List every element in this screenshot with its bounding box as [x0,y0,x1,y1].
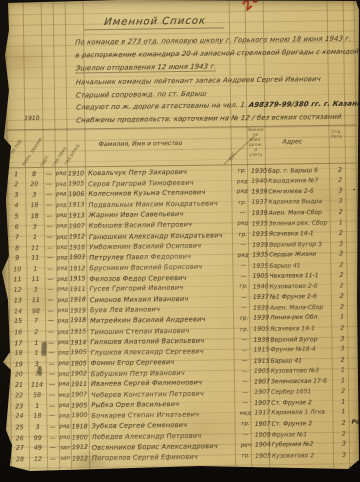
cell-vus: — [237,379,253,385]
cell-year: 1907 [253,400,271,407]
cell-dash: — [46,371,58,378]
cell-number: 22 [10,392,28,399]
cell-number: 25 [11,424,29,431]
header-col-duty: Звание по воен. долж. и учету [246,128,264,158]
cell-birth-year: 1911 [70,381,88,388]
cell-address: Бар. г. Барыш 6 [268,167,332,175]
cell-vus: гр. [236,316,252,322]
cell-vus: реч [238,442,254,448]
header-col-duty-line: по воен. [246,133,264,143]
cell-category: ряд [55,171,67,177]
cell-rank-code: 3 [26,223,44,230]
cell-number: 2 [7,181,25,188]
cell-full-name: Ганюшкин Александр Кондратьевич [86,231,235,241]
cell-vus: — [236,337,252,343]
cell-category: ряд [58,413,70,419]
cell-address: Губерния №2 [272,441,336,449]
cell-year: 1939 [252,315,270,322]
cell-address: Кузоватово 2-6 [270,282,334,290]
cell-unit-count: 1 [335,377,351,384]
cell-full-name: Погорелов Сергей Ефимович [89,452,238,462]
cell-vus: гр. [238,453,254,459]
cell-unit-count: 2 [334,325,350,332]
cell-address: Фрунзе №1 [272,430,336,438]
cell-rank-code: 1 [28,403,46,410]
cell-unit-count: 3 [336,451,352,458]
cell-birth-year: 1915 [69,328,87,335]
cell-number: 20 [10,371,28,378]
cell-dash: — [47,455,59,462]
cell-category: ряд [57,340,69,346]
cell-dash: — [47,444,59,451]
cell-birth-year: 1919 [69,307,87,314]
cell-dash: — [44,265,56,272]
cell-number: 11 [8,276,26,283]
cell-number: 3 [7,192,25,199]
cell-year: 1905 [253,368,271,375]
cell-rank-code: 20 [25,181,43,188]
cell-year: 1915 [252,346,270,353]
cell-rank-code: 1 [26,234,44,241]
cell-number: 17 [9,340,27,347]
cell-birth-year: 1903 [68,254,86,261]
cell-category: ряд [56,255,68,261]
cell-dash: — [46,360,58,367]
cell-number: 12 [9,287,27,294]
cell-rank-code: 12 [29,455,47,462]
cell-year: 1940 [252,283,270,290]
cell-unit-count: 2 [333,261,349,268]
cell-address: Чекалевка 11-1 [269,272,333,280]
cell-unit-count: 2 [333,230,349,237]
cell-address: Анен. Мала-Сбор [269,209,333,217]
cell-birth-year: 1907 [68,222,86,229]
cell-dash: — [45,318,57,325]
ink-smudge [41,342,47,356]
cell-birth-year: 1912 [68,265,86,272]
cell-year: 1939 [251,241,269,248]
cell-dash: — [44,223,56,230]
cell-birth-year: 1915 [68,276,86,283]
cell-unit-count: 3 [334,345,350,352]
cell-vus: гр. [234,200,250,206]
cell-dash: — [44,276,56,283]
cell-vus: ряд [234,179,250,185]
cell-category: ряд [59,435,71,441]
cell-category: зап [59,456,71,462]
cell-vus: — [235,263,251,269]
cell-dash: — [46,349,58,356]
cell-number: 24 [10,413,28,420]
cell-rank-code: 58 [28,392,46,399]
cell-rank-code: 98 [27,308,45,315]
cell-unit-count: 2 [336,420,352,427]
cell-category: ряд [56,266,68,272]
cell-vus: — [237,400,253,406]
cell-category: зап [59,445,71,451]
cell-year: 1909 [254,431,272,438]
cell-year: 1937 [250,199,268,206]
cell-vus: ряд [235,252,251,258]
cell-dash: — [43,181,55,188]
cell-dash: — [45,286,57,293]
cell-dash: — [46,403,58,410]
cell-rank-code: 11 [27,297,45,304]
cell-year: 1940 [250,178,268,185]
cell-year: 1904 [254,441,272,448]
cell-category: ряд [57,308,69,314]
cell-vus: — [235,274,251,280]
cell-vus: — [236,305,252,311]
cell-category: ряд [57,297,69,303]
cell-rank-code: 7 [28,371,46,378]
cell-address: Барыш 41 [271,357,335,365]
cell-dash: — [45,308,57,315]
cell-year: 1939 [252,336,270,343]
cell-birth-year: 1912 [68,233,86,240]
cell-category: ряд [58,381,70,387]
cell-birth-year: 1905 [67,181,85,188]
cell-address: Ст. Фрунзе 2 [271,399,335,407]
cell-rank-code: 3 [27,286,45,293]
cell-unit-count: 2 [333,250,349,257]
cell-unit-count: 1 [335,409,351,416]
cell-vus: гр. [238,421,254,427]
cell-rank-code: 99 [29,434,47,441]
cell-number: 15 [9,318,27,325]
cell-unit-count: 2 [333,272,349,279]
cell-address: Ст. Фрунзе 2 [272,420,336,428]
cell-address: Кузоватово №3 [271,367,335,375]
cell-number: 16 [9,329,27,336]
header-col-unit: Отд. Рота [328,130,344,140]
cell-unit-count: 3 [332,187,348,194]
cell-unit-count: 2 [333,209,349,216]
paper-sheet: Именной Список 269/2 мая По команде в 27… [0,0,360,482]
cell-birth-year: 1911 [69,286,87,293]
cell-dash: — [43,171,55,178]
cell-birth-year: 1905 [70,349,88,356]
cell-year: 1907 [253,389,271,396]
cell-number: 10 [8,266,26,273]
cell-number: 6 [8,223,26,230]
cell-unit-count: 2 [335,388,351,395]
cell-address: Зеленовская 17-6 [271,377,335,385]
cell-full-name: Ковальчук Петр Захарович [85,168,234,178]
cell-rank-code: 8 [25,171,43,178]
ink-smudge [37,366,42,376]
cell-category: ряд [55,181,67,187]
cell-dash: — [45,329,57,336]
cell-address: Анен. Мала-Сбор [270,304,334,312]
cell-year: 1935 [251,231,269,238]
cell-number: 7 [8,234,26,241]
cell-full-name: Бочкарев Степан Игнатьевич [88,410,237,420]
cell-birth-year: 1910 [67,170,85,177]
cell-birth-year: 1902 [70,371,88,378]
intro-line-6-bold-note: А98379-99/380 гг. г. Казань [248,99,360,109]
cell-number: 14 [9,308,27,315]
cell-rank-code: 49 [29,445,47,452]
cell-unit-count: 2 [335,356,351,363]
cell-rank-code: 1 [26,266,44,273]
cell-category: ряд [58,371,70,377]
cell-dash: — [45,339,57,346]
cell-unit-count: 2 [334,282,350,289]
cell-category: ряд [55,202,67,208]
cell-full-name: Симонов Михаил Иванович [87,294,236,304]
cell-birth-year: 1900 [70,412,88,419]
cell-unit-count: 3 [332,198,348,205]
cell-rank-code: 11 [26,245,44,252]
cell-unit-count: 3 [333,240,349,247]
cell-dash: — [43,202,55,209]
cell-full-name: Иванеев Сергей Филимонович [88,378,237,388]
cell-address: Кашаджина №7 [268,177,332,185]
cell-address: Ясачевка 14-1 [269,230,333,238]
cell-dash: — [43,191,55,198]
cell-year: 1905 [252,326,270,333]
cell-address: Верхний Бугор [270,335,334,343]
cell-number: 26 [11,435,29,442]
cell-number: 4 [7,203,25,210]
cell-category: ряд [56,213,68,219]
cell-birth-year: 1905 [70,402,88,409]
cell-full-name: Тимошин Степан Иванович [87,326,236,336]
cell-dash: — [44,244,56,251]
stray-year-note: 1910 [24,115,39,122]
cell-rank-code: 11 [26,276,44,283]
cell-year: 1939 [252,305,270,312]
cell-unit-count: 1 [335,367,351,374]
cell-birth-year: 1918 [71,423,89,430]
cell-dash: — [44,213,56,220]
cell-number: 23 [10,403,28,410]
cell-full-name: Зубков Сергей Семенович [89,421,238,431]
cell-full-name: Колесников Кузьма Степанович [85,188,234,198]
cell-extra-note: - [348,187,360,193]
cell-year: 1917 [253,410,271,417]
document-photo: Именной Список 269/2 мая По команде в 27… [0,0,360,482]
cell-vus: мед [237,410,253,416]
cell-rank-code: 3 [25,191,43,198]
cell-unit-count: 1 [333,219,349,226]
cell-address: Фрунзе №18-4 [270,346,334,354]
cell-number: 1 [7,171,25,178]
cell-unit-count: 1 [334,314,350,321]
cell-vus: гр. [236,284,252,290]
cell-full-name: Глушков Александр Сергеевич [87,346,236,356]
cell-address: Верхний Бугор 3 [269,240,333,248]
cell-rank-code: 3 [29,424,47,431]
cell-address: №1 Фрунзе 2-6 [270,293,334,301]
cell-address: Сенгилеев 2-6 [268,187,332,195]
cell-address: Карамала 1 Лгкв [271,409,335,417]
cell-full-name: Петрулев Павел Федорович [86,251,235,261]
cell-number: 27 [11,445,29,452]
cell-birth-year: 1900 [71,434,89,441]
header-col-unit-line: Рота [329,135,345,140]
cell-category: ряд [55,192,67,198]
cell-full-name: Гусев Григорий Иванович [87,283,236,293]
cell-address: Карамала Выдра [268,198,332,206]
cell-unit-count: 2 [332,166,348,173]
cell-full-name: Чеберев Константин Петрович [88,389,237,399]
cell-rank-code: 114 [28,381,46,388]
cell-full-name: Кобышев Василий Петрович [86,220,235,230]
cell-full-name: Подвальных Максим Кондратьевич [85,199,234,209]
cell-dash: — [45,297,57,304]
cell-number: 18 [10,350,28,357]
cell-rank-code: 7 [27,318,45,325]
cell-category: ряд [56,223,68,229]
cell-birth-year: 1912 [71,455,89,462]
cell-birth-year: 1916 [68,244,86,251]
cell-address: Линия-рек Обл. [270,314,334,322]
cell-vus: гр. [234,168,250,174]
cell-category: ряд [58,350,70,356]
cell-dash: — [44,254,56,261]
cell-category: мед [58,392,70,398]
cell-year: 1930 [250,168,268,175]
cell-vus: — [235,210,251,216]
cell-full-name: Фомин Егор Сергеевич [88,357,237,367]
cell-vus: — [237,369,253,375]
cell-rank-code: 18 [28,413,46,420]
cell-address: Зеленая рек. Сбор [269,219,333,227]
cell-year: 1937 [252,294,270,301]
cell-year: 1939 [250,188,268,195]
cell-year: 1935 [251,252,269,259]
cell-address: Кузоватово 2 [272,451,336,459]
cell-dash: — [47,434,59,441]
cell-year: 1907 [254,421,272,428]
cell-category: ряд [58,361,70,367]
cell-number: 28 [11,456,29,463]
cell-category: ряд [57,329,69,335]
cell-vus: — [238,432,254,438]
cell-year: 1905 [254,452,272,459]
cell-dash: — [46,381,58,388]
cell-rank-code: 18 [26,213,44,220]
cell-number: 21 [10,382,28,389]
cell-unit-count: 2 [334,293,350,300]
cell-birth-year: 1913 [68,212,86,219]
cell-birth-year: 1912 [71,444,89,451]
cell-year: 1935 [251,262,269,269]
cell-rank-code: 11 [26,255,44,262]
cell-rank-code: 18 [25,202,43,209]
cell-year: 1907 [253,378,271,385]
cell-number: 13 [9,298,27,305]
cell-category: ряд [56,245,68,251]
cell-address: Барыш 41 [269,262,333,270]
cell-dash: — [46,413,58,420]
cell-year: 1915 [253,357,271,364]
cell-number: 9 [8,255,26,262]
page-title: Именной Список [84,15,226,30]
cell-vus: гр. [236,327,252,333]
cell-year: 1905 [251,273,269,280]
cell-birth-year: 1906 [67,191,85,198]
cell-full-name: Овсянников Борис Александрович [89,441,238,451]
cell-category: ряд [56,234,68,240]
cell-birth-year: 1907 [70,392,88,399]
cell-birth-year: 1913 [67,202,85,209]
cell-number: 8 [8,245,26,252]
cell-unit-count: 3 [334,335,350,342]
cell-vus: — [235,242,251,248]
header-col-name: Фамилия, Имя и отчество [99,140,183,148]
cell-category: ряд [57,286,69,292]
sheet-content: Именной Список 269/2 мая По команде в 27… [0,0,360,482]
cell-birth-year: 1918 [69,317,87,324]
cell-address: Сербер 1651 [271,388,335,396]
cell-category: ряд [56,276,68,282]
header-col-address: Адрес [283,138,303,145]
cell-birth-year: 1914 [69,339,87,346]
cell-vus: — [237,358,253,364]
cell-vus: — [237,390,253,396]
cell-year: 1935 [251,220,269,227]
cell-unit-count: 3 [336,440,352,447]
cell-year: 1939 [251,210,269,217]
cell-full-name: Митрейкин Василий Андреевич [87,315,236,325]
cell-category: ряд [58,403,70,409]
cell-vus: — [236,347,252,353]
cell-dash: — [44,234,56,241]
cell-vus: ряд [234,189,250,195]
cell-vus: гр. [235,232,251,238]
cell-unit-count: 2 [334,304,350,311]
cell-birth-year: 1918 [69,297,87,304]
cell-dash: — [46,392,58,399]
cell-vus: — [236,295,252,301]
cell-number: 19 [10,361,28,368]
cell-birth-year: 1905 [70,360,88,367]
cell-address: Ясачевка 14-1 [270,325,334,333]
cell-category: ряд [57,318,69,324]
cell-full-name: Брусникин Василий Борисович [86,262,235,272]
cell-number: 5 [8,213,26,220]
header-col-duty-line: учету [247,153,265,158]
cell-rank-code: 2 [27,329,45,336]
cell-extra-note: Реч. [352,420,360,426]
cell-vus: ряд [235,221,251,227]
cell-unit-count: 1 [335,398,351,405]
cell-category: ряд [59,424,71,430]
cell-dash: — [47,424,59,431]
cell-address: Сердце Жизни [269,251,333,259]
header-col-duty-line: долж. и [247,143,265,153]
cell-unit-count: 2 [332,177,348,184]
cell-unit-count: 2 [336,430,352,437]
